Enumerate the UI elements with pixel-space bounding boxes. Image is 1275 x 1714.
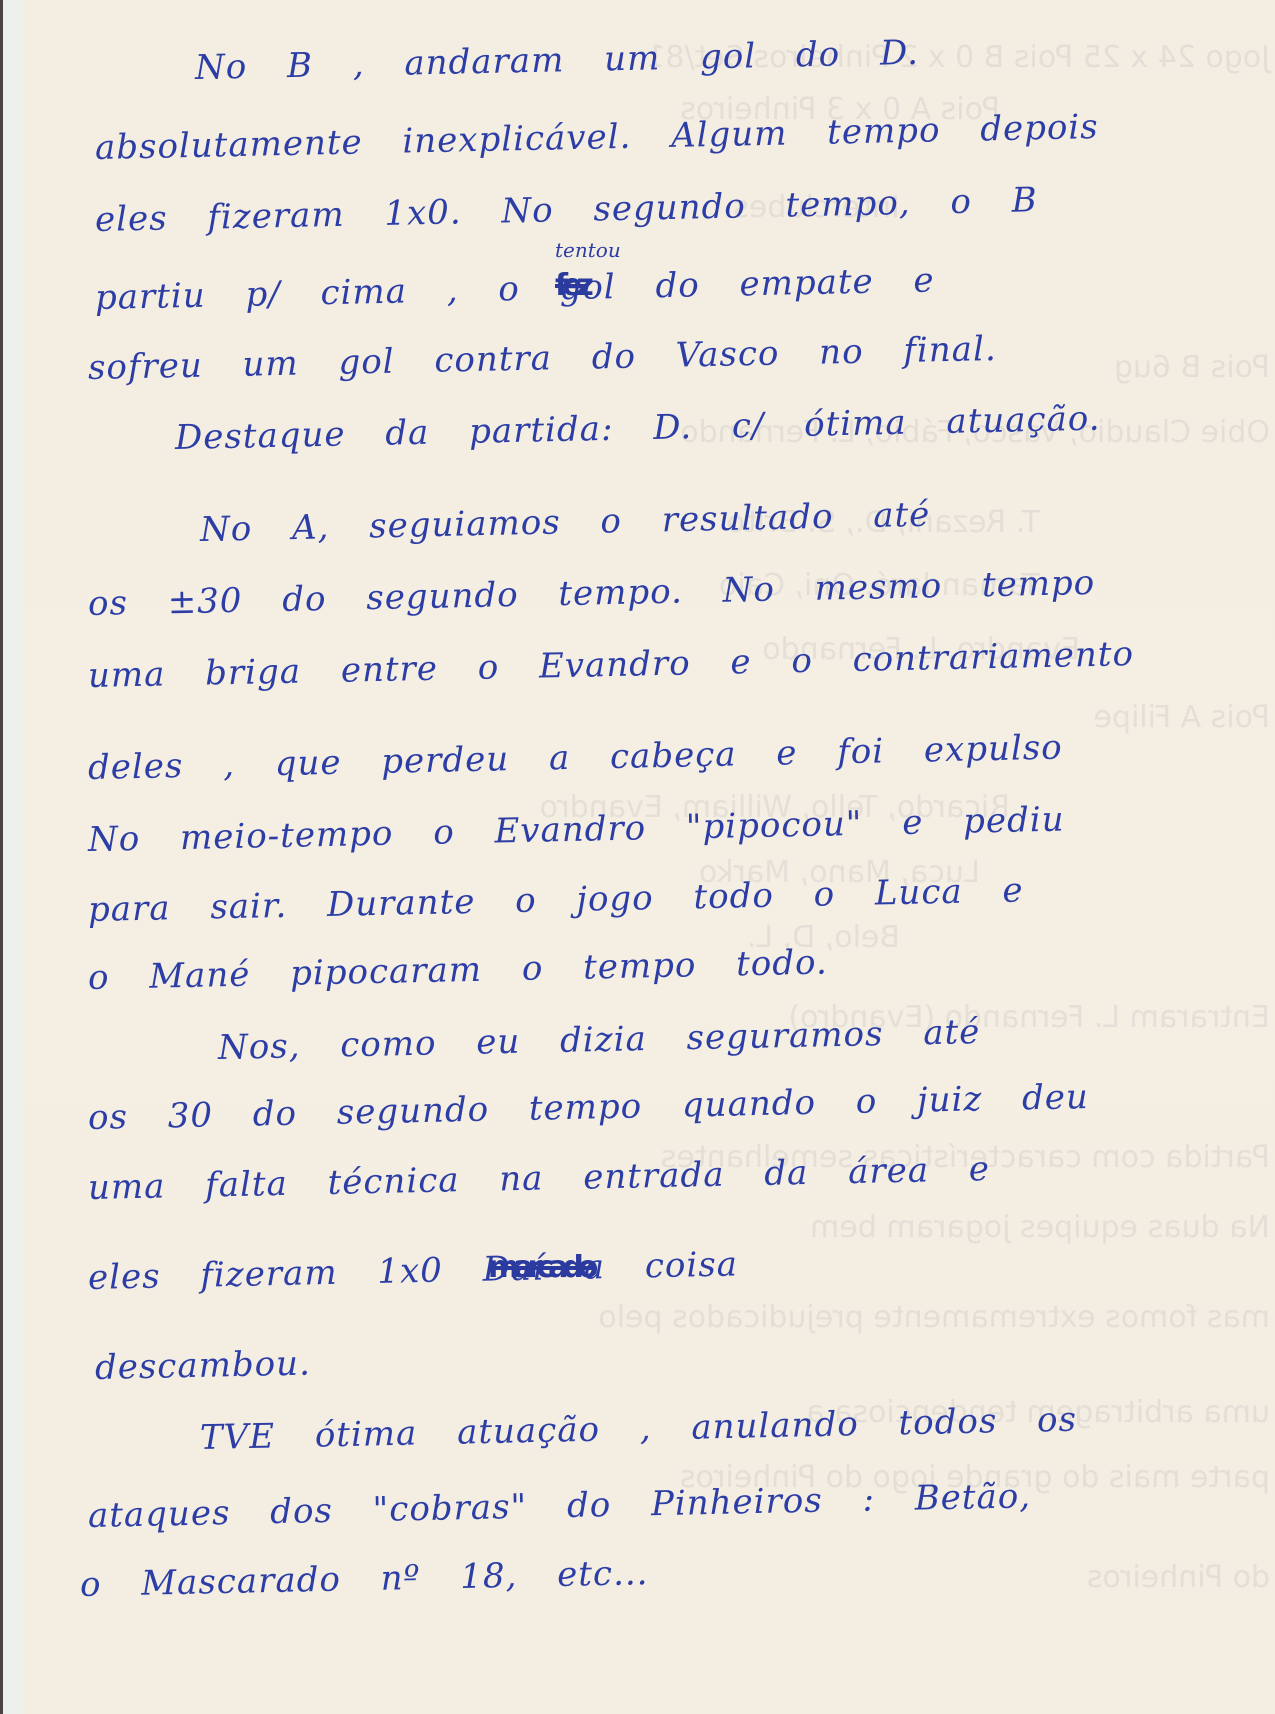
crossed-out-word: marcado: [488, 1250, 592, 1285]
inserted-word: tentou: [555, 238, 621, 262]
crossed-out-word: fez: [555, 268, 588, 303]
handwritten-line: descambou.: [95, 1343, 312, 1388]
scan-edge-margin: [3, 0, 24, 1714]
